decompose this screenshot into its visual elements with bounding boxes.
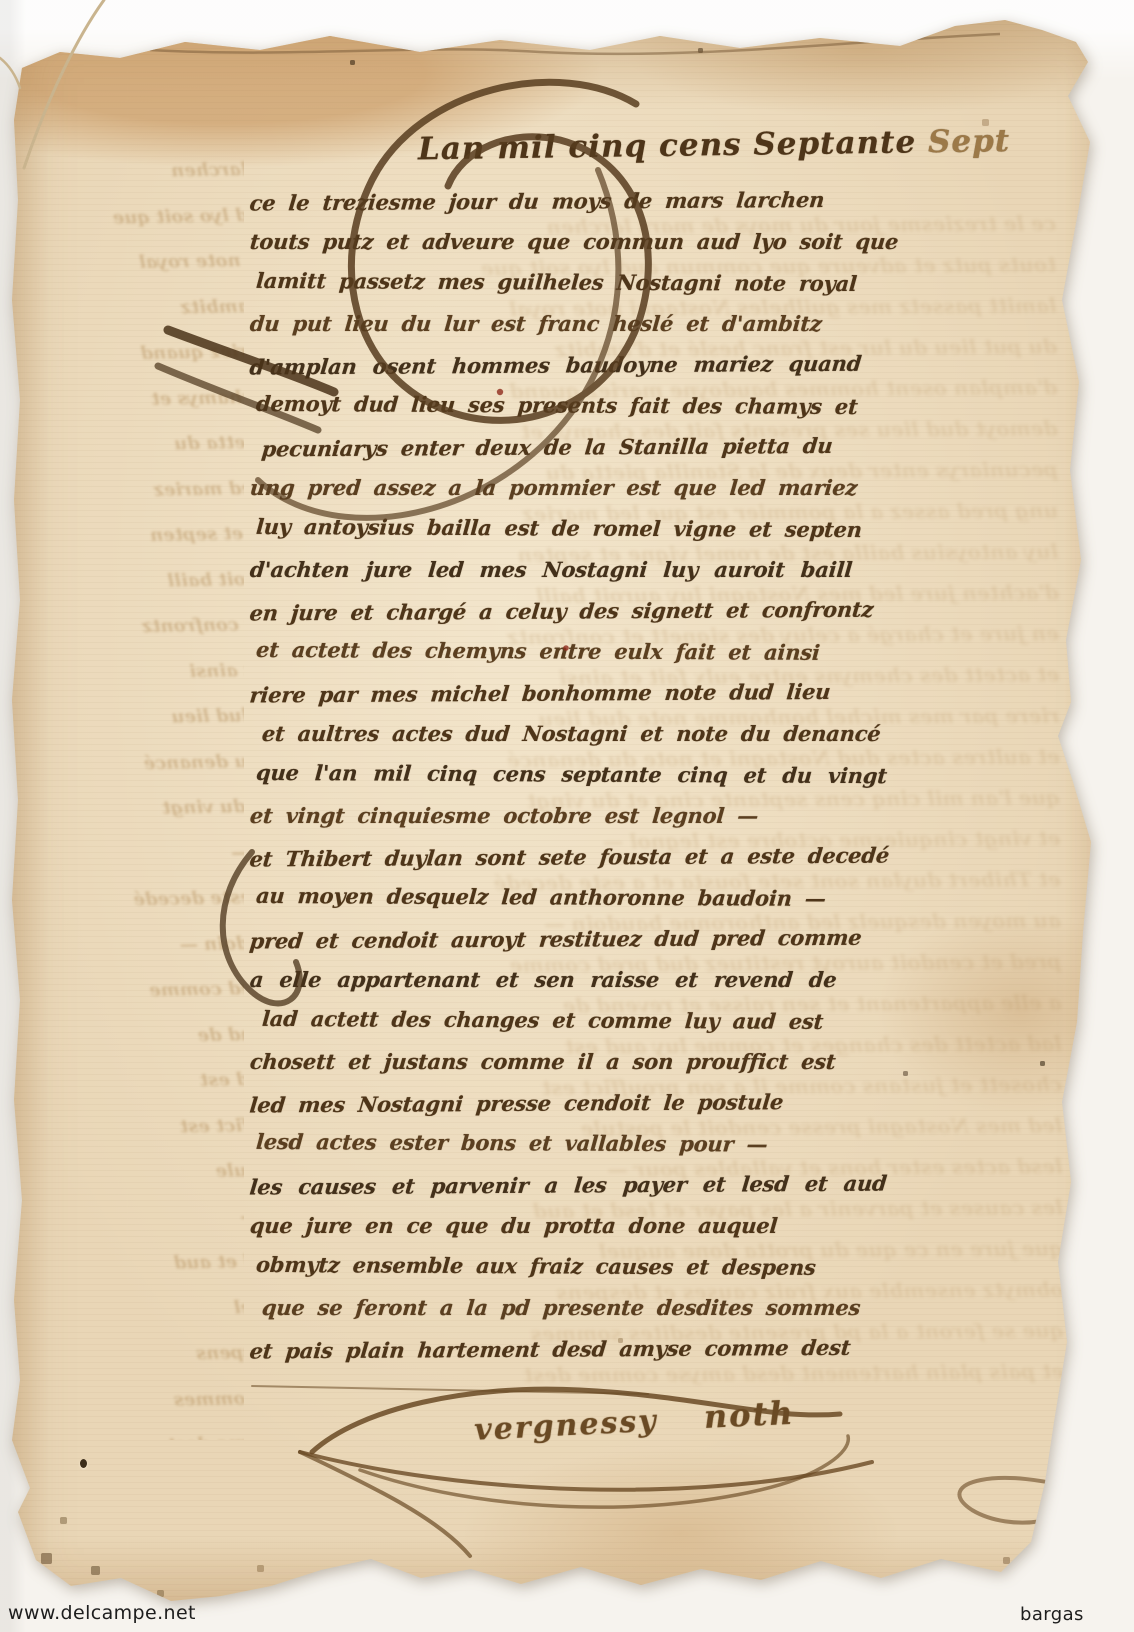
manuscript-line: que jure en ce que du protta done auquel [248, 1205, 1064, 1246]
manuscript-line: au moyen desquelz led anthoronne baudoin… [249, 875, 1064, 920]
manuscript-line: lesd actes ester bons et vallables pour … [249, 1121, 1064, 1166]
manuscript-line: et aultres actes dud Nostagni et note du… [248, 713, 1064, 754]
watermark-delcampe: www.delcampe.net [8, 1602, 196, 1624]
manuscript-line: chosett et justans comme il a son prouff… [248, 1041, 1064, 1082]
manuscript-line: et Thibert duylan sont sete fousta et a … [248, 834, 1065, 880]
manuscript-line: les causes et parvenir a les payer et le… [248, 1162, 1065, 1208]
manuscript-text-block: Lan mil cinq cens Septante Sept ce le tr… [250, 112, 1062, 1369]
manuscript-line: a elle appartenant et sen raisse et reve… [248, 959, 1064, 1000]
manuscript-line: pecuniarys enter deux de la Stanilla pie… [248, 424, 1065, 470]
manuscript-line: demoyt dud lieu ses presents fait des ch… [249, 383, 1064, 428]
manuscript-line: et actett des chemyns entre eulx fait et… [249, 629, 1064, 674]
foxing-specks [0, 0, 1, 1]
manuscript-line: lad actett des changes et comme luy aud … [249, 998, 1064, 1043]
aged-paper-sheet: ce le treziesme jour du moys de mars lar… [0, 0, 1134, 1632]
manuscript-line: et vingt cinquiesme octobre est legnol — [248, 795, 1064, 836]
manuscript-heading-line: Lan mil cinq cens Septante Sept [250, 106, 1063, 185]
manuscript-line: en jure et chargé a celuy des signett et… [248, 588, 1065, 634]
heading-text: Lan mil cinq cens Septante [418, 124, 917, 167]
manuscript-line: obmytz ensemble aux fraiz causes et desp… [249, 1244, 1064, 1289]
left-margin-bleedthrough: ce le treziesme jour du moys de mars lar… [12, 140, 244, 1440]
manuscript-line: riere par mes michel bonhomme note dud l… [248, 670, 1065, 716]
signature-paraph-abbrev: noth [703, 1393, 796, 1436]
manuscript-line: led mes Nostagni presse cendoit le postu… [248, 1080, 1065, 1126]
wormhole-spot [80, 1459, 87, 1468]
manuscript-line: ce le treziesme jour du moys de mars lar… [248, 178, 1065, 224]
manuscript-line: d'achten jure led mes Nostagni luy auroi… [248, 549, 1064, 590]
manuscript-body-lines: ce le treziesme jour du moys de mars lar… [250, 180, 1062, 1369]
manuscript-line: touts putz et adveure que commun aud lyo… [248, 221, 1064, 262]
manuscript-line: que se feront a la pd presente desdites … [248, 1287, 1064, 1328]
scanned-document: ce le treziesme jour du moys de mars lar… [0, 0, 1134, 1632]
manuscript-line: et pais plain hartement desd amyse comme… [248, 1326, 1065, 1372]
paper-sheet-wrap: ce le treziesme jour du moys de mars lar… [0, 0, 1134, 1632]
manuscript-line: d'amplan osent hommes baudoyne mariez qu… [248, 342, 1065, 388]
manuscript-line: luy antoysius bailla est de romel vigne … [249, 506, 1064, 551]
manuscript-line: ung pred assez a la pommier est que led … [248, 467, 1064, 508]
top-edge-crack [150, 34, 1000, 54]
watermark-bargas: bargas [1020, 1604, 1084, 1625]
signature-name: vergnessy [473, 1403, 658, 1448]
manuscript-line: pred et cendoit auroyt restituez dud pre… [248, 916, 1065, 962]
manuscript-line: que l'an mil cinq cens septante cinq et … [249, 752, 1064, 797]
bleedthrough-column: ce le treziesme jour du moys de mars lar… [12, 140, 244, 1440]
manuscript-line: du put lieu du lur est franc heslé et d'… [248, 303, 1064, 344]
heading-faded-word: Sept [928, 123, 1011, 160]
manuscript-line: lamitt passetz mes guilheles Nostagni no… [249, 260, 1064, 305]
